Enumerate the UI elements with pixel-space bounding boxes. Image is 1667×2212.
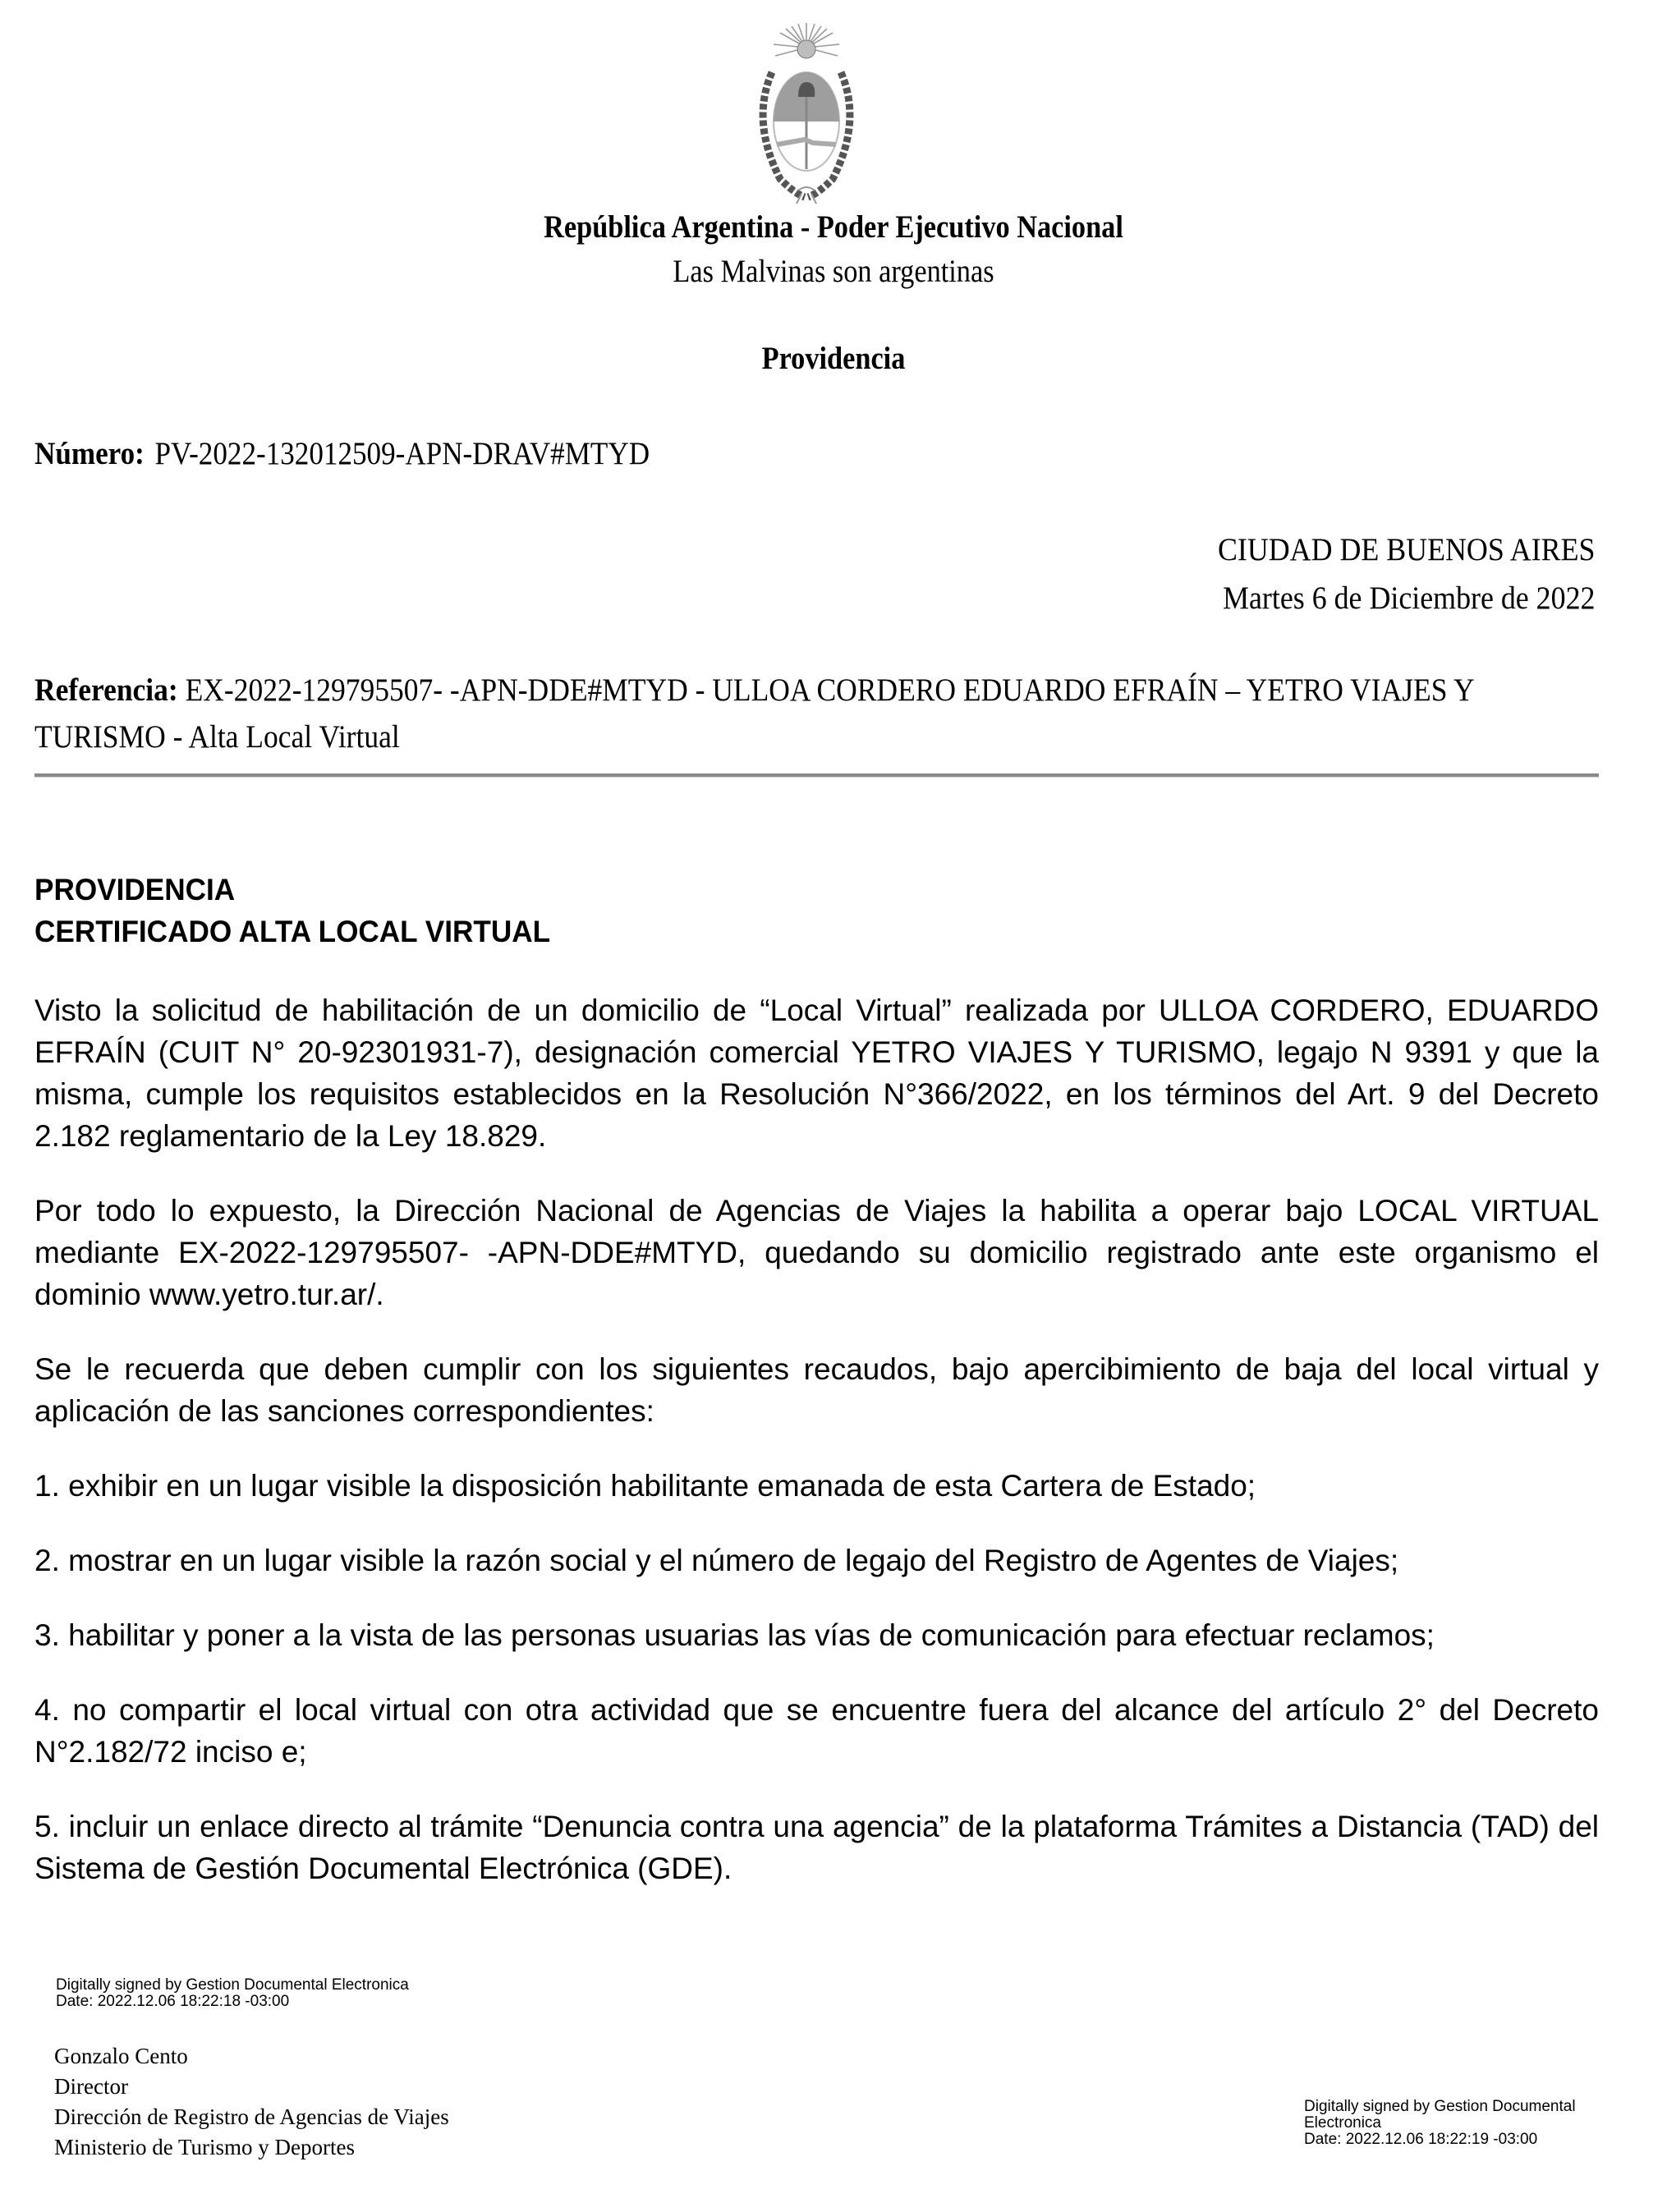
signature-date: Date: 2022.12.06 18:22:18 -03:00 bbox=[56, 1994, 409, 2010]
signer-name: Gonzalo Cento bbox=[54, 2041, 449, 2072]
reference-label: Referencia: bbox=[34, 672, 178, 708]
signature-date: Date: 2022.12.06 18:22:19 -03:00 bbox=[1304, 2132, 1576, 2148]
place-date: CIUDAD DE BUENOS AIRES Martes 6 de Dicie… bbox=[1218, 525, 1595, 622]
coat-of-arms-icon bbox=[747, 15, 866, 205]
signature-line: Digitally signed by Gestion Documental bbox=[1304, 2099, 1576, 2115]
header-title: República Argentina - Poder Ejecutivo Na… bbox=[100, 209, 1567, 246]
document-body: PROVIDENCIA CERTIFICADO ALTA LOCAL VIRTU… bbox=[34, 869, 1599, 1889]
list-item: 2. mostrar en un lugar visible la razón … bbox=[34, 1540, 1599, 1581]
signer-block: Gonzalo Cento Director Dirección de Regi… bbox=[54, 2041, 449, 2163]
signer-office: Dirección de Registro de Agencias de Via… bbox=[54, 2102, 449, 2132]
paragraph-visto: Visto la solicitud de habilitación de un… bbox=[34, 989, 1599, 1157]
list-item: 1. exhibir en un lugar visible la dispos… bbox=[34, 1465, 1599, 1507]
reference-value: EX-2022-129795507- -APN-DDE#MTYD - ULLOA… bbox=[34, 672, 1473, 755]
body-heading-2: CERTIFICADO ALTA LOCAL VIRTUAL bbox=[34, 911, 1521, 952]
list-item: 5. incluir un enlace directo al trámite … bbox=[34, 1806, 1599, 1889]
signer-role: Director bbox=[54, 2072, 449, 2102]
body-heading-1: PROVIDENCIA bbox=[34, 869, 1521, 911]
header-divider bbox=[34, 773, 1599, 778]
place: CIUDAD DE BUENOS AIRES bbox=[1218, 525, 1595, 574]
list-item: 4. no compartir el local virtual con otr… bbox=[34, 1689, 1599, 1773]
reference: Referencia: EX-2022-129795507- -APN-DDE#… bbox=[34, 667, 1522, 760]
paragraph-habilitacion: Por todo lo expuesto, la Dirección Nacio… bbox=[34, 1190, 1599, 1315]
signature-line: Electronica bbox=[1304, 2115, 1576, 2132]
paragraph-recaudos: Se le recuerda que deben cumplir con los… bbox=[34, 1348, 1599, 1432]
signature-line: Digitally signed by Gestion Documental E… bbox=[56, 1977, 409, 1994]
document-number-value: PV-2022-132012509-APN-DRAV#MTYD bbox=[154, 436, 650, 471]
digital-signature-left: Digitally signed by Gestion Documental E… bbox=[56, 1977, 409, 2010]
date: Martes 6 de Diciembre de 2022 bbox=[1218, 574, 1595, 622]
document-type: Providencia bbox=[100, 340, 1567, 377]
digital-signature-right: Digitally signed by Gestion Documental E… bbox=[1304, 2099, 1576, 2148]
document-number-label: Número: bbox=[34, 436, 145, 471]
document-number: Número:PV-2022-132012509-APN-DRAV#MTYD bbox=[34, 435, 650, 472]
list-item: 3. habilitar y poner a la vista de las p… bbox=[34, 1614, 1599, 1656]
header-motto: Las Malvinas son argentinas bbox=[100, 253, 1567, 290]
signer-ministry: Ministerio de Turismo y Deportes bbox=[54, 2132, 449, 2163]
